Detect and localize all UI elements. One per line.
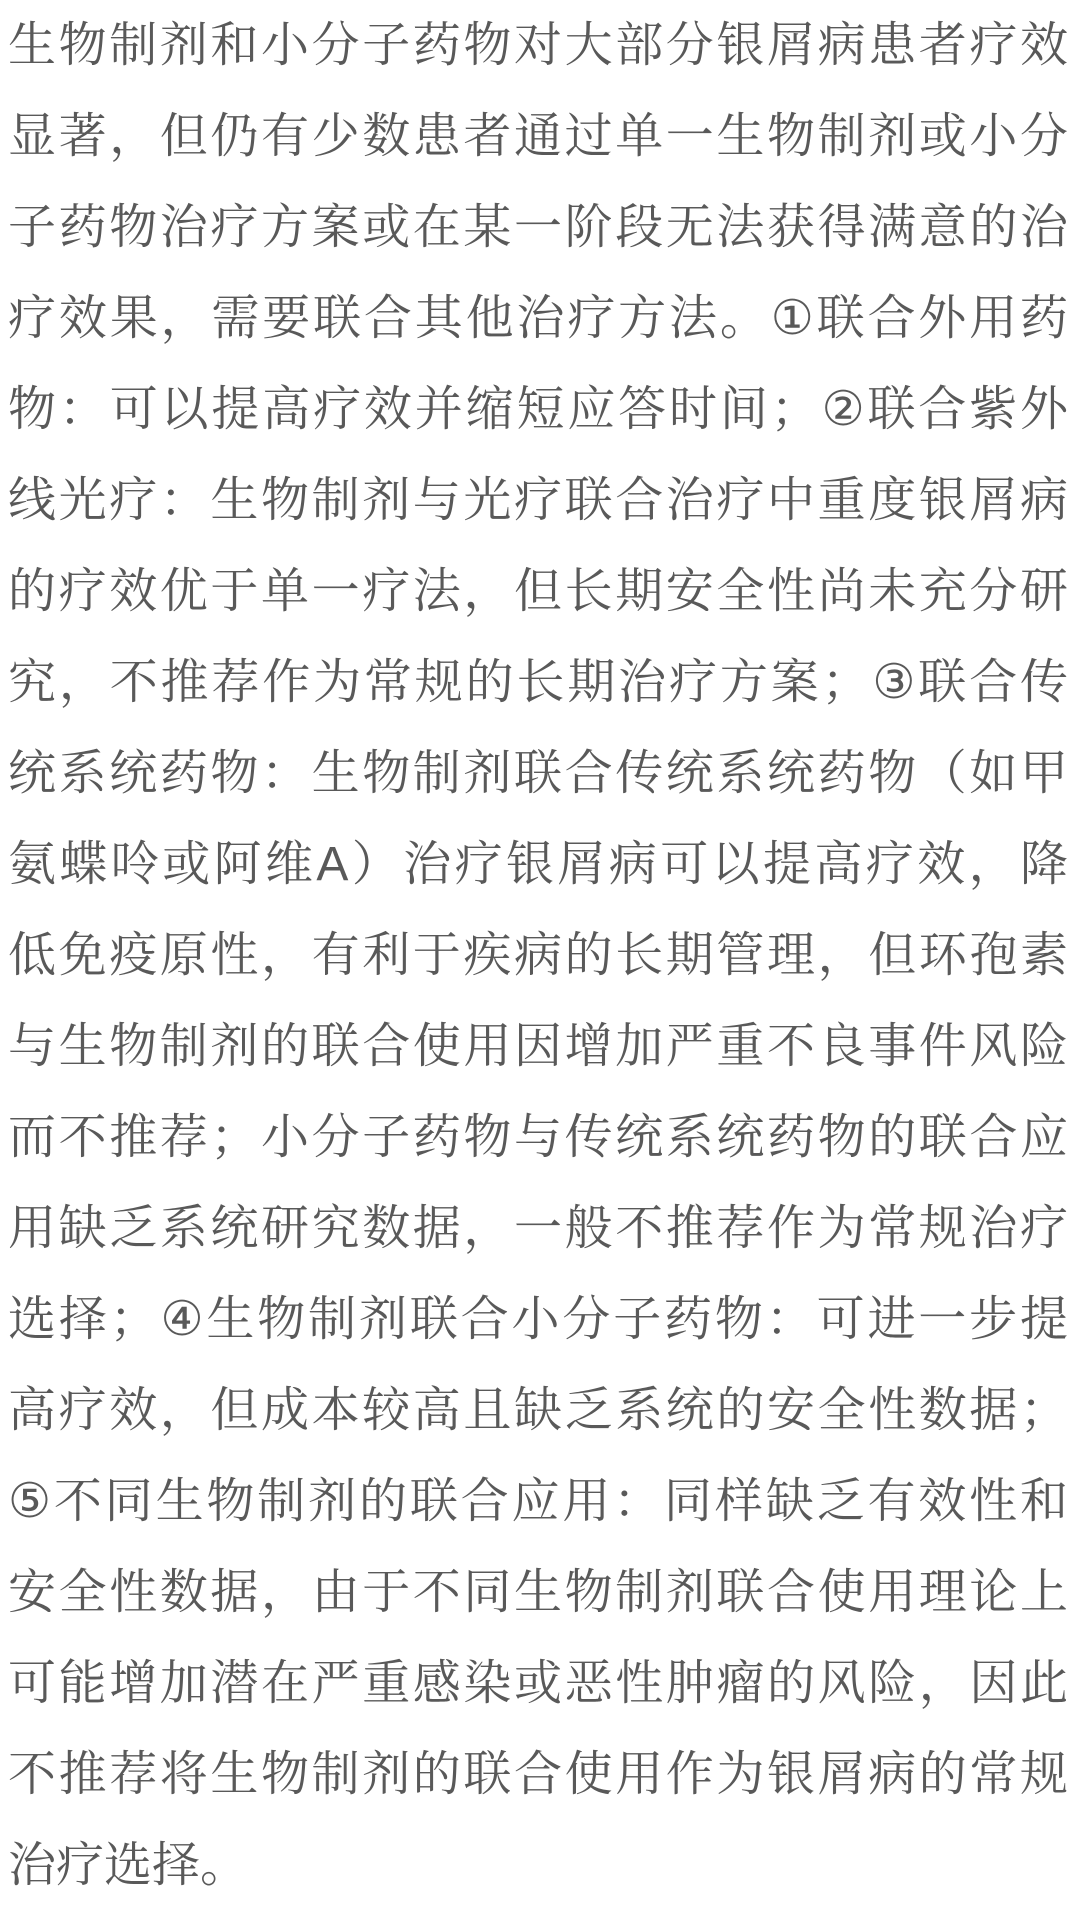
text-line: 物：可以提高疗效并缩短应答时间；②联合紫外 <box>8 364 1068 455</box>
text-line: 疗效果，需要联合其他治疗方法。①联合外用药 <box>8 273 1068 364</box>
text-line: 治疗选择。 <box>8 1820 1068 1911</box>
text-line: 氨蝶呤或阿维A）治疗银屑病可以提高疗效，降 <box>8 819 1068 910</box>
text-line: 子药物治疗方案或在某一阶段无法获得满意的治 <box>8 182 1068 273</box>
text-line: 与生物制剂的联合使用因增加严重不良事件风险 <box>8 1001 1068 1092</box>
text-line: 而不推荐；小分子药物与传统系统药物的联合应 <box>8 1092 1068 1183</box>
text-line: 高疗效，但成本较高且缺乏系统的安全性数据； <box>8 1365 1068 1456</box>
text-line: 生物制剂和小分子药物对大部分银屑病患者疗效 <box>8 0 1068 91</box>
text-line: 显著，但仍有少数患者通过单一生物制剂或小分 <box>8 91 1068 182</box>
text-line: 用缺乏系统研究数据，一般不推荐作为常规治疗 <box>8 1183 1068 1274</box>
text-line: 选择；④生物制剂联合小分子药物：可进一步提 <box>8 1274 1068 1365</box>
text-line: 究，不推荐作为常规的长期治疗方案；③联合传 <box>8 637 1068 728</box>
article-body-text: 生物制剂和小分子药物对大部分银屑病患者疗效显著，但仍有少数患者通过单一生物制剂或… <box>0 0 1080 1911</box>
text-line: 不推荐将生物制剂的联合使用作为银屑病的常规 <box>8 1729 1068 1820</box>
text-line: 线光疗：生物制剂与光疗联合治疗中重度银屑病 <box>8 455 1068 546</box>
text-line: 可能增加潜在严重感染或恶性肿瘤的风险，因此 <box>8 1638 1068 1729</box>
text-line: 安全性数据，由于不同生物制剂联合使用理论上 <box>8 1547 1068 1638</box>
text-line: 的疗效优于单一疗法，但长期安全性尚未充分研 <box>8 546 1068 637</box>
text-line: 低免疫原性，有利于疾病的长期管理，但环孢素 <box>8 910 1068 1001</box>
text-line: 统系统药物：生物制剂联合传统系统药物（如甲 <box>8 728 1068 819</box>
text-line: ⑤不同生物制剂的联合应用：同样缺乏有效性和 <box>8 1456 1068 1547</box>
